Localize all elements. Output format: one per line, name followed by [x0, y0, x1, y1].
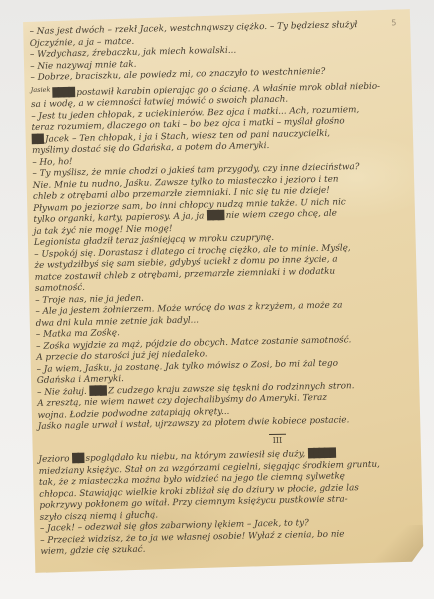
text-run: – Ho, ho! — [32, 157, 72, 168]
scribble-mark: ██ — [72, 454, 83, 464]
photo-background: 5 – Nas jest dwóch – rzekł Jacek, westch… — [0, 0, 434, 599]
scribble-mark: █████ — [308, 449, 335, 460]
section-number: III — [269, 433, 287, 446]
text-run: samotność. — [35, 283, 85, 294]
text-run: dwa dni kula mnie zetnie jak badyl... — [36, 315, 200, 328]
text-run: wiem, gdzie cię szukać. — [40, 545, 145, 557]
text-run: – Nie żałuj. — [37, 386, 90, 397]
text-run: Gdańska i Ameryki. — [37, 374, 124, 386]
text-run: Jezioro — [38, 454, 72, 465]
scribble-mark: ████ — [52, 88, 73, 98]
text-run: nie wiem czego chcę, ale — [223, 209, 337, 221]
text-run: Ojczyźnie, a ja – matce. — [30, 36, 135, 48]
scribble-mark: ██ — [32, 134, 43, 144]
scribble-mark: ███ — [207, 211, 223, 221]
section-heading: III — [269, 430, 417, 447]
manuscript-page: 5 – Nas jest dwóch – rzekł Jacek, westch… — [20, 9, 424, 573]
scribble-mark: ███ — [89, 386, 105, 396]
inserted-word: Jasiek — [31, 85, 51, 93]
text-run: szyło ciszą niemą i głuchą. — [40, 510, 159, 522]
text-run: – Nie nazywaj mnie tak. — [30, 59, 136, 71]
manuscript-text: – Nas jest dwóch – rzekł Jacek, westchną… — [29, 19, 418, 573]
text-run: – Matka ma Zośkę. — [36, 328, 120, 340]
text-run: – Troje nas, nie ja jeden. — [35, 293, 144, 305]
